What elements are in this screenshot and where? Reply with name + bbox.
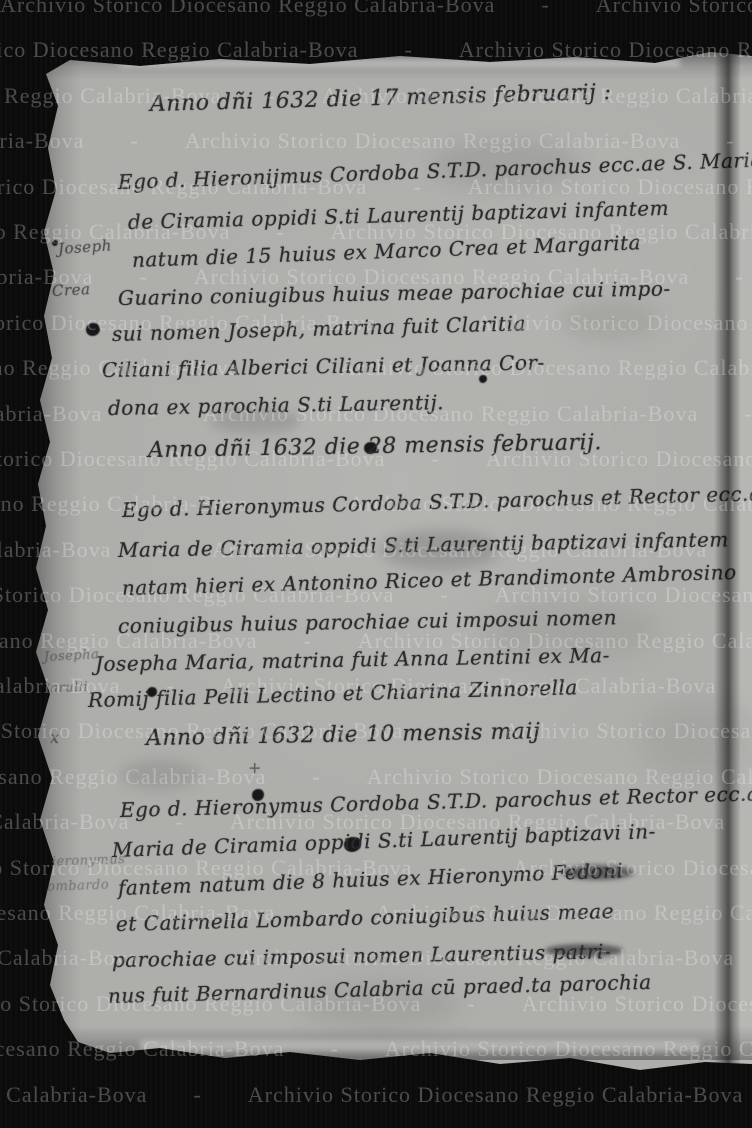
record-text-line: Guarino coniugibus huius meae parochiae …: [118, 276, 671, 310]
watermark-row: Archivio Storico Diocesano Reggio Calabr…: [0, 1082, 752, 1108]
margin-x-mark: x: [50, 728, 60, 747]
watermark-row: Archivio Storico Diocesano Reggio Calabr…: [0, 0, 752, 18]
record-text-line: Maria de Ciramia oppidi S.ti Laurentij b…: [118, 527, 729, 562]
margin-note-surname: Carulli: [40, 679, 89, 697]
record-text-line: Ego d. Hieronijmus Cordoba S.T.D. paroch…: [118, 147, 752, 194]
margin-note-surname: Crea: [52, 280, 91, 300]
record-text-line: de Ciramia oppidi S.ti Laurentij baptiza…: [128, 196, 670, 234]
record-text-line: Maria de Ciramia oppidi S.ti Laurentij b…: [112, 819, 657, 862]
stain: [560, 300, 660, 340]
record-text-line: natum die 15 huius ex Marco Crea et Marg…: [132, 230, 642, 272]
record-text-line: coniugibus huius parochiae cui imposui n…: [118, 605, 617, 638]
bottom-edge-highlight: [140, 1040, 700, 1052]
binding-gutter-crease: [714, 52, 740, 1064]
margin-note-name: Joseph: [57, 236, 112, 258]
margin-note-name: Josepha: [44, 647, 100, 665]
record-text-line: et Catirnella Lombardo coniugibus huius …: [116, 899, 615, 936]
record-text-line: nus fuit Bernardinus Calabria cū praed.t…: [108, 970, 652, 1008]
record-date-heading: Anno dñi 1632 die 17 mensis februarij :: [150, 80, 612, 117]
stain: [640, 700, 752, 780]
record-text-line: Ciliani filia Alberici Ciliani et Joanna…: [102, 350, 545, 382]
manuscript-scan: Anno dñi 1632 die 17 mensis februarij : …: [0, 0, 752, 1128]
top-edge-shadow: [30, 50, 752, 80]
manuscript-page: Anno dñi 1632 die 17 mensis februarij : …: [0, 0, 752, 1128]
top-edge-highlight: [120, 58, 680, 67]
record-text-line: dona ex parochia S.ti Laurentij.: [108, 390, 444, 420]
torn-left-edge-shadow: [30, 52, 82, 1062]
record-date-heading: Anno dñi 1632 die 10 mensis maij: [146, 719, 541, 751]
cross-mark: +: [248, 758, 262, 777]
record-text-line: fantem natum die 8 huius ex Hieronymo Fe…: [118, 858, 624, 900]
stain: [120, 760, 200, 790]
record-text-line: Ego d. Hieronymus Cordoba S.T.D. parochu…: [122, 480, 752, 522]
record-text-line: Josepha Maria, matrina fuit Anna Lentini…: [95, 643, 610, 676]
bottom-edge-shadow: [40, 1026, 752, 1060]
record-date-heading: Anno dñi 1632 die 28 mensis februarij.: [148, 430, 602, 463]
margin-note-surname: Lombardo: [38, 878, 110, 895]
record-text-line: natam hieri ex Antonino Riceo et Brandim…: [122, 560, 737, 600]
record-text-line: Romij filia Pelli Lectino et Chiarina Zi…: [88, 675, 578, 712]
ink-blot: [479, 375, 487, 383]
record-text-line: parochiae cui imposui nomen Laurentius p…: [112, 939, 611, 972]
record-text-line: Ego d. Hieronymus Cordoba S.T.D. parochu…: [120, 780, 752, 822]
ink-blot: [86, 323, 100, 336]
record-text-line: sui nomen Joseph, matrina fuit Claritia: [112, 311, 526, 346]
next-page-sliver: [740, 44, 752, 1066]
